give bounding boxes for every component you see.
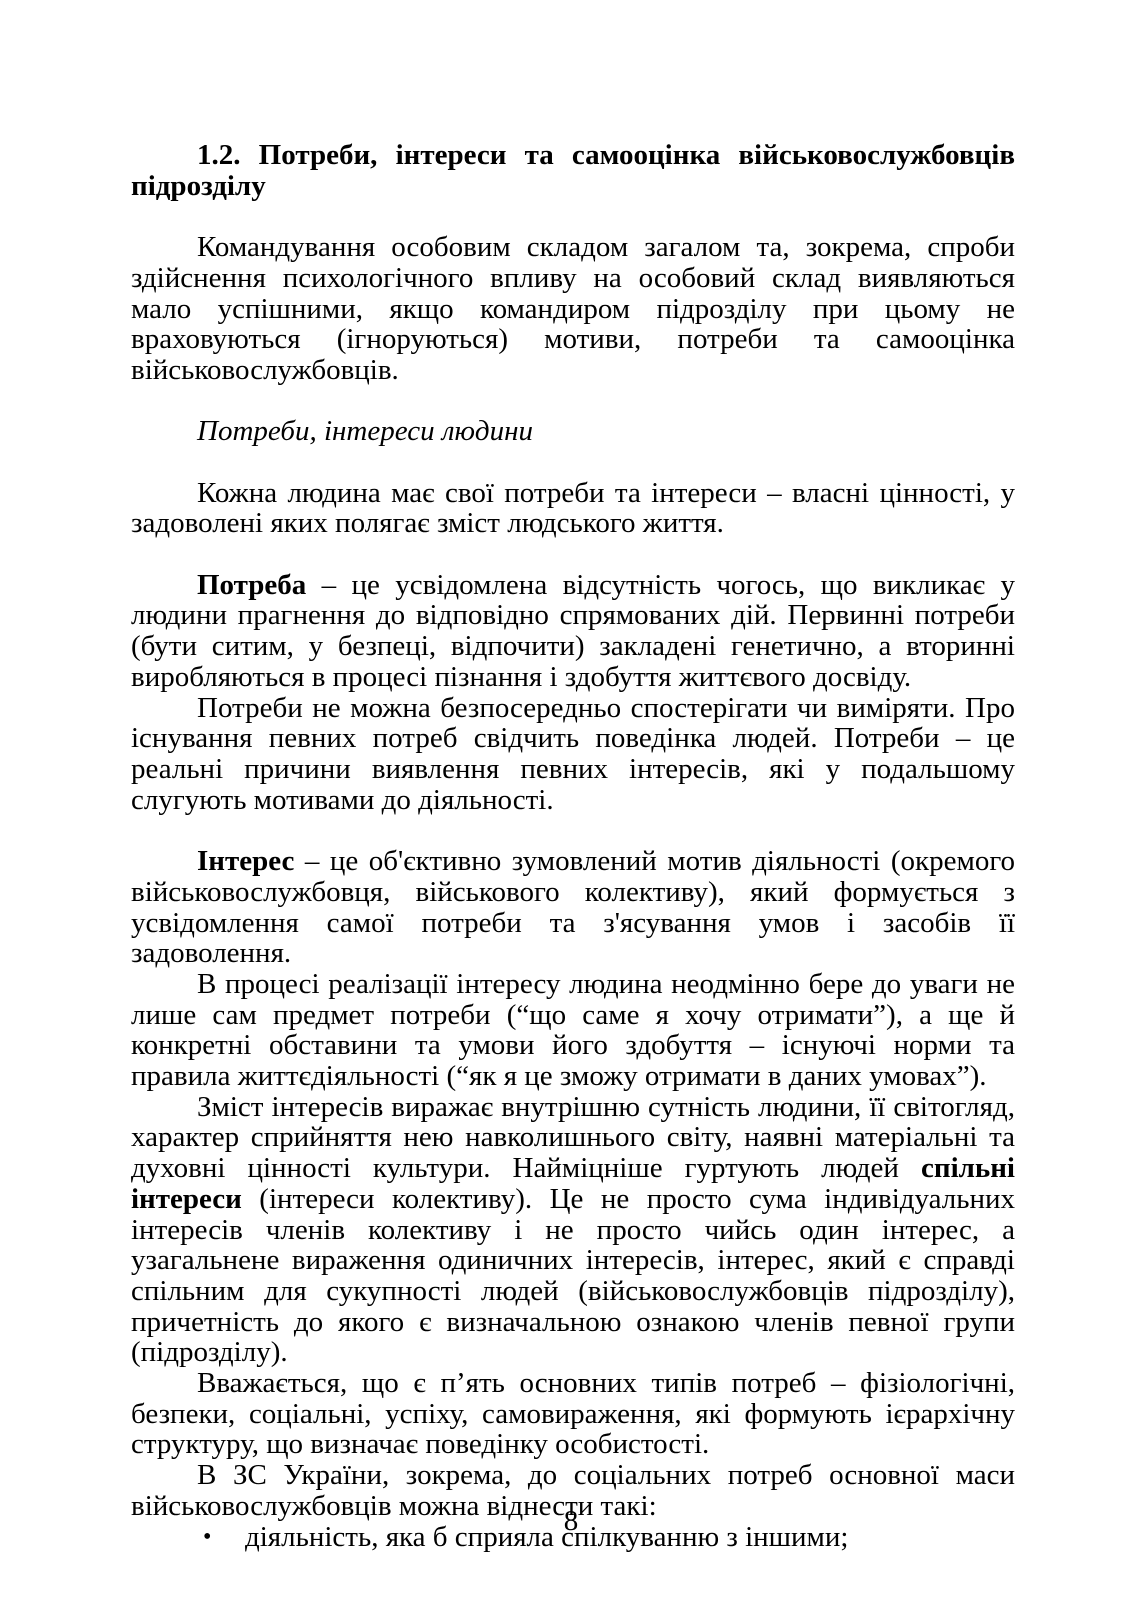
section-subheading: Потреби, інтереси людини xyxy=(131,416,1015,447)
paragraph-zmist-interesiv: Зміст інтересів виражає внутрішню сутніс… xyxy=(131,1092,1015,1368)
page-number: 8 xyxy=(0,1506,1142,1537)
paragraph-kozhna-lyudyna: Кожна людина має свої потреби та інтерес… xyxy=(131,478,1015,539)
paragraph-zmist-after: (інтереси колективу). Це не просто сума … xyxy=(131,1183,1015,1369)
paragraph-potreby-observe: Потреби не можна безпосередньо спостеріг… xyxy=(131,693,1015,816)
paragraph-zmist-before: Зміст інтересів виражає внутрішню сутніс… xyxy=(131,1091,1015,1184)
paragraph-five-types: Вважається, що є п’ять основних типів по… xyxy=(131,1368,1015,1460)
document-page: 1.2. Потреби, інтереси та самооцінка вій… xyxy=(0,0,1142,1615)
paragraph-potreba-definition: Потреба – це усвідомлена відсутність чог… xyxy=(131,570,1015,693)
section-heading: 1.2. Потреби, інтереси та самооцінка вій… xyxy=(131,140,1015,201)
paragraph-interes-definition: Інтерес – це об'єктивно зумовлений мотив… xyxy=(131,846,1015,969)
term-interes: Інтерес xyxy=(197,845,294,877)
paragraph-process-realizatsii: В процесі реалізації інтересу людина нео… xyxy=(131,969,1015,1092)
term-potreba: Потреба xyxy=(197,569,306,601)
page-content: 1.2. Потреби, інтереси та самооцінка вій… xyxy=(131,140,1015,1552)
paragraph-intro: Командування особовим складом загалом та… xyxy=(131,232,1015,386)
